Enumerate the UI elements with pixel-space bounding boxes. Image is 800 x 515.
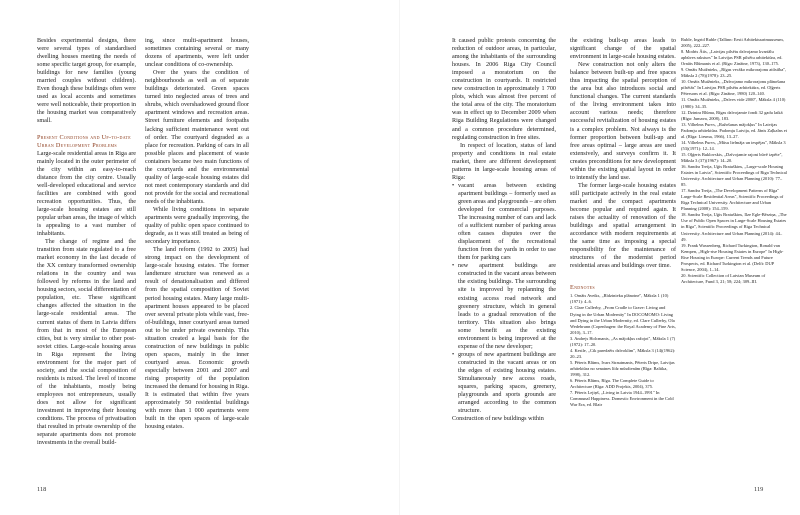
paragraph: In respect of location, status of land p… — [452, 142, 556, 182]
endnote: 3. Andrejs Holcmanis, „As mājokļus ražoj… — [570, 336, 676, 348]
right-page-column-1: It caused public protests concerning the… — [452, 37, 556, 423]
endnote: 19. Frank Wassenberg, Richard Turkington… — [681, 243, 787, 273]
paragraph: The former large-scale housing estates s… — [570, 182, 676, 271]
paragraph: Over the years the condition of neighbou… — [145, 69, 249, 206]
endnote: 1. Ornāts Aveiks, „Rīdzinieku plānotne",… — [570, 293, 676, 305]
endnote: 18. Sandra Treija, Uģis Bratuškins, Ilze… — [681, 212, 787, 242]
section-heading: Present Conditions and Up-to-date Urban … — [37, 134, 136, 150]
page-number-right: 119 — [754, 486, 763, 493]
endnote: 16. Sandra Treija, Uģis Bratuškins, „Lar… — [681, 164, 787, 188]
endnote: 8. Modris Ātis, „Latvijas pilsētu dzīvoj… — [681, 49, 787, 67]
endnote: 5. Pēteris Blūms, Ivars Strautmanis, Pēt… — [570, 360, 676, 378]
paragraph: the existing built-up areas leads to sig… — [570, 37, 676, 61]
endnote: 2. Clare Cullerby, „From Cradle to Grave… — [570, 305, 676, 335]
endnote: 9. Ornāts Muižnieks, „Rīgas vecāko mikro… — [681, 67, 787, 79]
endnote: 10. Ornāts Muižnieks, „Dzīvojamo mikrora… — [681, 79, 787, 97]
endnotes-list: 1. Ornāts Aveiks, „Rīdzinieku plānotne",… — [570, 293, 676, 408]
endnote: 7. Pēteris Lejiņš, „Living in Latvia 194… — [570, 390, 676, 408]
endnote: 14. Vilhelms Purvs, „Mūsu lielmāja un ie… — [681, 140, 787, 152]
endnote: 15. Oļģerts Buklovskis, „Dzīvojamie rajo… — [681, 152, 787, 164]
paragraph: It caused public protests concerning the… — [452, 37, 556, 142]
paragraph: New construction not only alters the bal… — [570, 61, 676, 182]
endnote: 4. Kestle, „Cik paredzēts dzīvoklim", Mā… — [570, 348, 676, 360]
endnote: 17. Sandra Treija, „The Development Patt… — [681, 188, 787, 212]
endnote: Ruble, Ingrid Ruble (Tallinn: Eesti Arhi… — [681, 37, 787, 49]
left-page-column-2: ing, since multi-apartment houses, somet… — [145, 37, 249, 431]
paragraph: Construction of new buildings within — [452, 415, 556, 423]
endnote: 6. Pēteris Blūms, Rīga. The Complete Gui… — [570, 378, 676, 390]
list-item: new apartment buildings are constructed … — [452, 262, 556, 351]
paragraph: The change of regime and the transition … — [37, 238, 136, 447]
paragraph: Large-scale residential areas in Riga ar… — [37, 150, 136, 239]
paragraph: ing, since multi-apartment houses, somet… — [145, 37, 249, 69]
paragraph: The land reform (1992 to 2005) had stron… — [145, 246, 249, 431]
right-page-column-3: Ruble, Ingrid Ruble (Tallinn: Eesti Arhi… — [681, 37, 787, 285]
list-item: vacant areas between existing apartment … — [452, 182, 556, 262]
endnote: 12. Dzintra Blūma, Rīgas dzīvojamie fond… — [681, 110, 787, 122]
page-number-left: 118 — [37, 486, 46, 493]
endnote: 11. Ornāts Muižnieks, „Dzīves vide 2000"… — [681, 97, 787, 109]
endnotes-list-continued: Ruble, Ingrid Ruble (Tallinn: Eesti Arhi… — [681, 37, 787, 285]
list-item: groups of new apartment buildings are co… — [452, 351, 556, 415]
left-page-column-1: Besides experimental designs, there were… — [37, 37, 136, 447]
endnotes-heading: Endnotes — [570, 284, 676, 292]
endnote: 20. Scientific Collection of Latvian Mus… — [681, 273, 787, 285]
development-patterns-list: vacant areas between existing apartment … — [452, 182, 556, 415]
right-page-column-2: the existing built-up areas leads to sig… — [570, 37, 676, 408]
paragraph: Besides experimental designs, there were… — [37, 37, 136, 126]
endnote: 13. Vilhelms Purvs, „Ražošanas mājokļus"… — [681, 122, 787, 140]
left-page: Besides experimental designs, there were… — [0, 0, 400, 515]
paragraph: While living conditions in separate apar… — [145, 206, 249, 246]
